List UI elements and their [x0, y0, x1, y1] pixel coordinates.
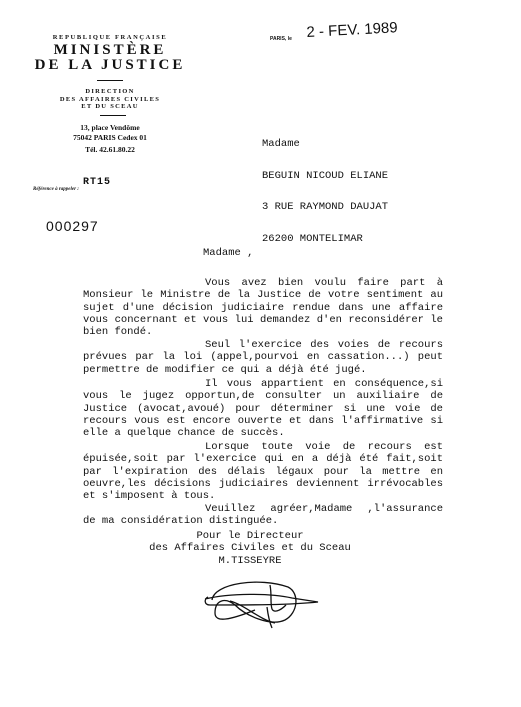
recipient-line4: 26200 MONTELIMAR — [262, 234, 388, 245]
paragraph-text: Lorsque toute voie de recours est épuisé… — [83, 441, 443, 502]
ministry-title-line2: DE LA JUSTICE — [30, 57, 190, 73]
reference-number: 000297 — [46, 218, 99, 234]
direction-line1: DIRECTION — [30, 88, 190, 96]
paragraph-text: Veuillez agréer,Madame ,l'assurance de m… — [83, 503, 443, 527]
recipient-line1: Madame — [262, 139, 388, 150]
paragraph-text: Il vous appartient en conséquence,si vou… — [83, 378, 443, 439]
divider — [97, 80, 123, 81]
reference-label: Référence à rappeler : — [33, 187, 79, 192]
address-line1: 13, place Vendôme — [30, 123, 190, 133]
closing-paragraph: Veuillez agréer,Madame ,l'assurance de m… — [83, 503, 443, 528]
divider — [100, 115, 126, 116]
place-label: PARIS, le — [270, 36, 292, 42]
ministry-address: 13, place Vendôme 75042 PARIS Cedex 01 T… — [30, 123, 190, 155]
signature-line3: M.TISSEYRE — [140, 555, 360, 567]
paragraph-text: Seul l'exercice des voies de recours pré… — [83, 339, 443, 376]
reference-code: RT15 — [83, 177, 111, 188]
recipient-address: Madame BEGUIN NICOUD ELIANE 3 RUE RAYMON… — [262, 118, 388, 255]
handwritten-signature — [200, 575, 330, 640]
date-stamp: 2 - FEV. 1989 — [306, 19, 398, 41]
recipient-line2: BEGUIN NICOUD ELIANE — [262, 171, 388, 182]
salutation: Madame , — [203, 247, 253, 259]
paragraph-text: Vous avez bien voulu faire part à Monsie… — [83, 277, 443, 338]
address-line2: 75042 PARIS Cedex 01 — [30, 133, 190, 143]
signature-line1: Pour le Directeur — [140, 530, 360, 542]
recipient-line3: 3 RUE RAYMOND DAUJAT — [262, 202, 388, 213]
direction-block: DIRECTION DES AFFAIRES CIVILES ET DU SCE… — [30, 88, 190, 111]
direction-line2: DES AFFAIRES CIVILES — [30, 96, 190, 104]
direction-line3: ET DU SCEAU — [30, 103, 190, 111]
body-paragraph-3: Il vous appartient en conséquence,si vou… — [83, 378, 443, 439]
signature-line2: des Affaires Civiles et du Sceau — [140, 542, 360, 554]
body-paragraph-2: Seul l'exercice des voies de recours pré… — [83, 339, 443, 376]
signature-block: Pour le Directeur des Affaires Civiles e… — [140, 530, 360, 567]
body-paragraph-1: Vous avez bien voulu faire part à Monsie… — [83, 277, 443, 338]
phone-number: Tél. 42.61.80.22 — [30, 145, 190, 155]
ministry-title-line1: MINISTÈRE — [30, 42, 190, 58]
body-paragraph-4: Lorsque toute voie de recours est épuisé… — [83, 441, 443, 502]
republic-heading: REPUBLIQUE FRANÇAISE — [30, 34, 190, 41]
